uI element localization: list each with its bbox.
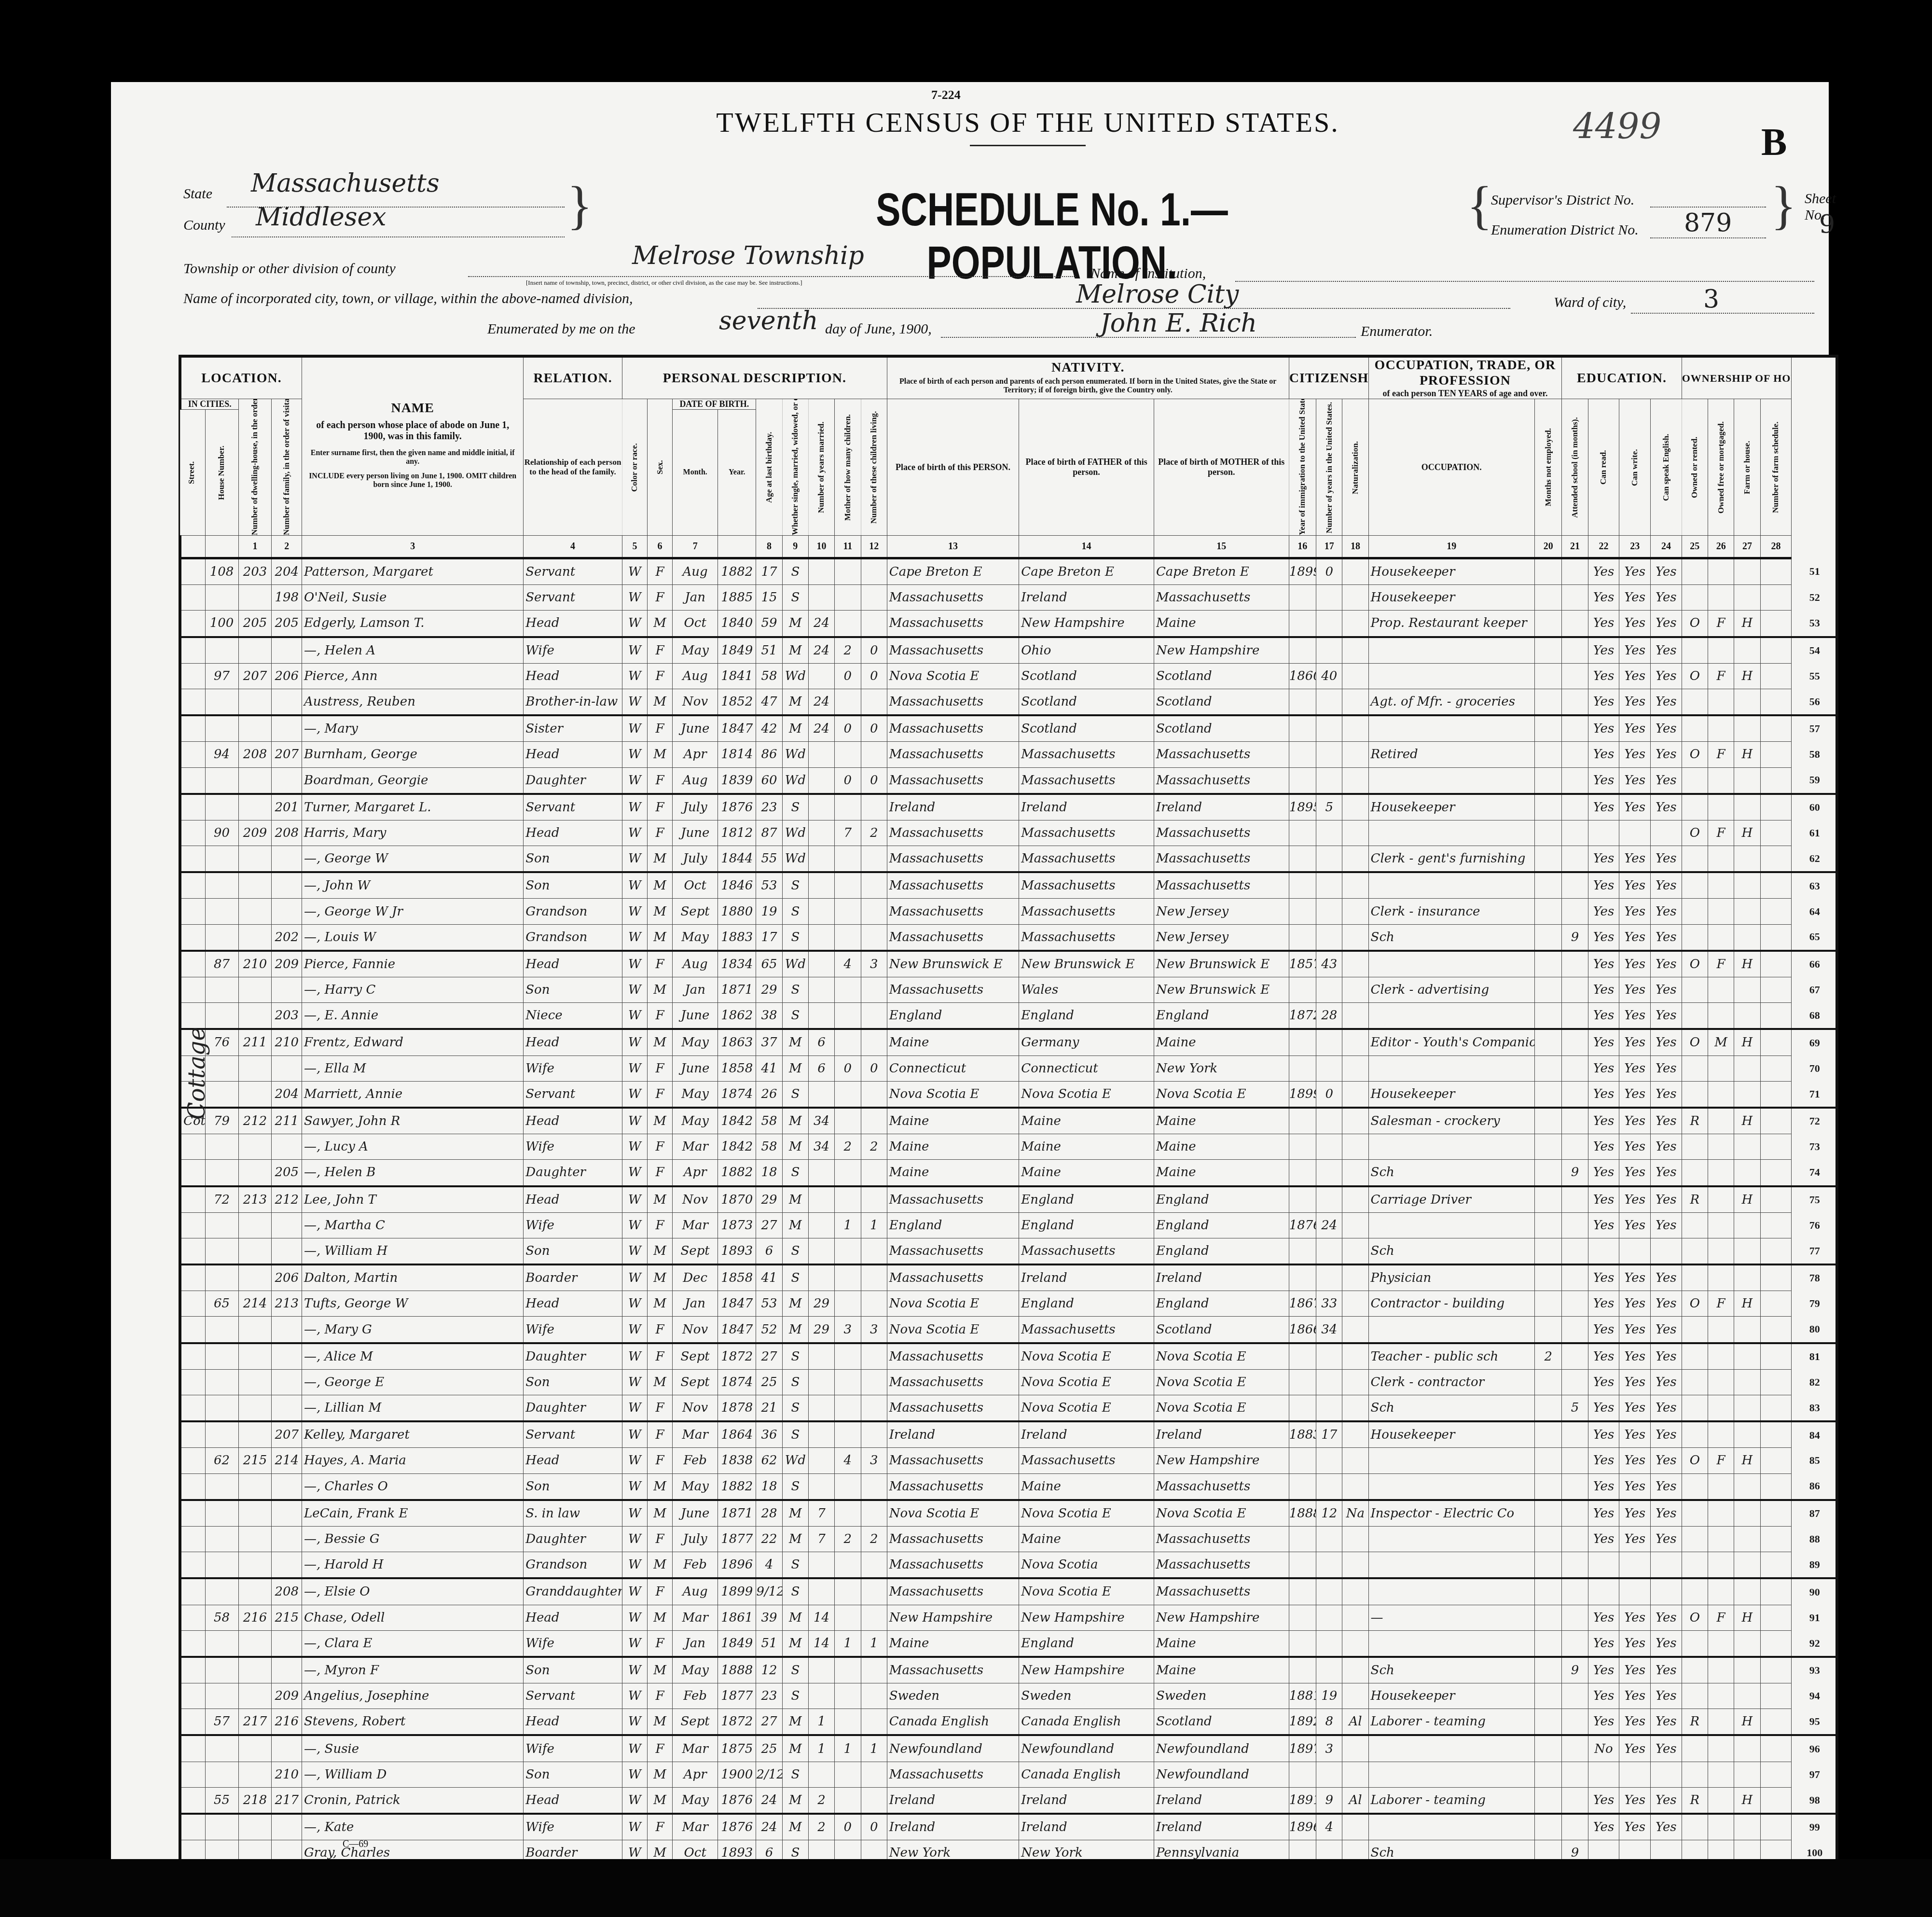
cell-sex: F [648,1003,673,1029]
cell-birth-person: Massachusetts [887,1238,1019,1264]
col-color: Color or race. [622,399,647,536]
cell-dwelling [238,1683,272,1709]
cell-farm-house [1734,1160,1760,1186]
cell-marital: M [782,1526,808,1552]
cell-free-mortgaged [1708,1683,1734,1709]
cell-color: W [622,1787,647,1814]
cell-immigration: 1892 [1289,1709,1316,1736]
cell-birth-mother: Maine [1154,1630,1289,1657]
cell-english [1651,820,1682,846]
cell-relation: Head [524,663,622,689]
cell-marital: S [782,585,808,611]
cell-relation: Head [524,1291,622,1317]
cell-farm-house: H [1734,1605,1760,1630]
cell-months-unemployed [1535,585,1562,611]
cell-name: Edgerly, Lamson T. [302,611,524,637]
column-number: 23 [1619,536,1651,558]
cell-year: 1812 [718,820,756,846]
cell-occupation [1368,1735,1534,1762]
cell-year: 1872 [718,1709,756,1736]
cell-birth-father: Scotland [1019,663,1154,689]
cell-month: Nov [673,1186,718,1213]
cell-english: Yes [1651,899,1682,924]
cell-age: 36 [756,1421,782,1448]
cell-english: Yes [1651,794,1682,820]
cell-family [272,872,302,899]
cell-relation: Daughter [524,1526,622,1552]
cell-age: 60 [756,767,782,794]
cell-years-married [808,1212,834,1238]
cell-school [1562,1238,1588,1264]
line-number: 58 [1792,742,1837,767]
cell-relation: Boarder [524,1264,622,1291]
cell-sex: F [648,1081,673,1108]
cell-months-unemployed [1535,820,1562,846]
cell-dwelling [238,1317,272,1343]
cell-living [861,1369,887,1395]
occupation-group-header: OCCUPATION, TRADE, OR PROFESSION of each… [1368,356,1562,399]
cell-birth-father: Massachusetts [1019,846,1154,873]
cell-months-unemployed [1535,1395,1562,1422]
cell-write: Yes [1619,767,1651,794]
cell-relation: Head [524,1787,622,1814]
cell-free-mortgaged [1708,1056,1734,1081]
cell-naturalization [1342,1081,1368,1108]
cell-years-us: 33 [1316,1291,1342,1317]
enumeration-district-value: 879 [1684,208,1732,237]
cell-marital: S [782,1343,808,1370]
cell-immigration: 1897 [1289,1735,1316,1762]
cell-color: W [622,951,647,977]
cell-owned-rented [1682,1421,1708,1448]
cell-write: Yes [1619,1448,1651,1473]
cell-read: Yes [1588,689,1619,715]
cell-sex: M [648,1762,673,1787]
cell-owned-rented [1682,846,1708,873]
cell-marital: M [782,1029,808,1056]
cell-birth-father: England [1019,1212,1154,1238]
cell-english: Yes [1651,846,1682,873]
cell-birth-mother: New Brunswick E [1154,951,1289,977]
cell-month: Jan [673,1291,718,1317]
cell-write: Yes [1619,1160,1651,1186]
cell-occupation [1368,1212,1534,1238]
cell-school [1562,715,1588,742]
line-number: 61 [1792,820,1837,846]
cell-school [1562,846,1588,873]
cell-owned-rented: R [1682,1186,1708,1213]
cell-sex: F [648,1134,673,1160]
cell-naturalization [1342,1317,1368,1343]
table-row: —, George WSonWMJuly184455WdMassachusett… [180,846,1837,873]
cell-mother-of [835,1291,861,1317]
cell-birth-person: Massachusetts [887,820,1019,846]
cell-birth-mother: Scotland [1154,715,1289,742]
cell-owned-rented [1682,1814,1708,1840]
enumerated-prefix: Enumerated by me on the [487,321,635,337]
table-row: —, Lucy AWifeWFMar184258M3422MaineMaineM… [180,1134,1837,1160]
cell-free-mortgaged [1708,846,1734,873]
table-row: 57217216Stevens, RobertHeadWMSept187227M… [180,1709,1837,1736]
cell-farm-schedule [1760,1369,1792,1395]
cell-street [180,1003,205,1029]
cell-living: 1 [861,1630,887,1657]
cell-family: 205 [272,1160,302,1186]
cell-name: —, Charles O [302,1473,524,1500]
cell-farm-schedule [1760,1395,1792,1422]
cell-english: Yes [1651,611,1682,637]
cell-mother-of [835,689,861,715]
cell-farm-schedule [1760,951,1792,977]
cell-birth-person: Ireland [887,1421,1019,1448]
cell-farm-house [1734,1134,1760,1160]
cell-occupation [1368,951,1534,977]
cell-months-unemployed [1535,742,1562,767]
cell-month: Oct [673,872,718,899]
cell-name: —, Susie [302,1735,524,1762]
cell-family: 205 [272,611,302,637]
cell-immigration [1289,1395,1316,1422]
table-row: —, Harold HGrandsonWMFeb18964SMassachuse… [180,1552,1837,1579]
cell-free-mortgaged [1708,767,1734,794]
cell-months-unemployed [1535,977,1562,1003]
cell-marital: M [782,715,808,742]
cell-write: Yes [1619,1395,1651,1422]
cell-color: W [622,1552,647,1579]
cell-free-mortgaged [1708,1762,1734,1787]
cell-years-us: 43 [1316,951,1342,977]
cell-mother-of [835,585,861,611]
cell-farm-house [1734,1526,1760,1552]
cell-years-us [1316,767,1342,794]
cell-mother-of: 0 [835,715,861,742]
cell-owned-rented [1682,715,1708,742]
cell-name: Frentz, Edward [302,1029,524,1056]
cell-living [861,1160,887,1186]
cell-month: Mar [673,1735,718,1762]
cell-house [205,767,238,794]
cell-family: 212 [272,1186,302,1213]
cell-read [1588,820,1619,846]
cell-dwelling [238,1630,272,1657]
cell-sex: F [648,1317,673,1343]
cell-years-married [808,872,834,899]
cell-occupation: Sch [1368,1160,1534,1186]
cell-month: Jan [673,977,718,1003]
cell-name: Austress, Reuben [302,689,524,715]
cell-mother-of [835,1108,861,1134]
cell-month: Feb [673,1683,718,1709]
cell-birth-mother: Nova Scotia E [1154,1081,1289,1108]
cell-years-married [808,663,834,689]
cell-free-mortgaged [1708,1552,1734,1579]
cell-name: —, Lillian M [302,1395,524,1422]
cell-color: W [622,1762,647,1787]
cell-months-unemployed [1535,715,1562,742]
column-number: 3 [302,536,524,558]
cell-color: W [622,1709,647,1736]
cell-birth-father: Massachusetts [1019,924,1154,951]
line-number: 99 [1792,1814,1837,1840]
cell-farm-schedule [1760,924,1792,951]
cell-birth-father: Ireland [1019,1264,1154,1291]
cell-mother-of [835,1369,861,1395]
cell-house: 100 [205,611,238,637]
cell-years-us [1316,1448,1342,1473]
cell-relation: Head [524,1029,622,1056]
line-number: 63 [1792,872,1837,899]
cell-relation: S. in law [524,1500,622,1527]
cell-relation: Grandson [524,924,622,951]
cell-farm-schedule [1760,1003,1792,1029]
cell-years-us [1316,1473,1342,1500]
col-months-unemployed: Months not employed. [1535,399,1562,536]
cell-marital: M [782,1186,808,1213]
cell-house: 90 [205,820,238,846]
cell-owned-rented [1682,558,1708,585]
cell-marital: Wd [782,820,808,846]
cell-color: W [622,1526,647,1552]
cell-marital: S [782,1762,808,1787]
cell-street [180,1787,205,1814]
cell-school [1562,1473,1588,1500]
name-group-title: NAME [302,401,523,416]
cell-year: 1862 [718,1003,756,1029]
table-row: —, Martha CWifeWFMar187327M11EnglandEngl… [180,1212,1837,1238]
line-number: 53 [1792,611,1837,637]
cell-school [1562,1029,1588,1056]
sheet-letter: B [1761,121,1787,165]
cell-mother-of [835,1787,861,1814]
cell-house [205,1317,238,1343]
cell-relation: Head [524,742,622,767]
cell-month: Aug [673,663,718,689]
education-group-header: EDUCATION. [1562,356,1682,399]
cell-years-married [808,1762,834,1787]
column-number [718,536,756,558]
cell-color: W [622,1369,647,1395]
cell-color: W [622,663,647,689]
cell-immigration [1289,1578,1316,1605]
cell-farm-schedule [1760,1291,1792,1317]
cell-color: W [622,1448,647,1473]
cell-english: Yes [1651,1108,1682,1134]
cell-birth-father: Maine [1019,1108,1154,1134]
cell-sex: F [648,1735,673,1762]
cell-birth-father: Cape Breton E [1019,558,1154,585]
table-row: 210—, William DSonWMApr19002/12SMassachu… [180,1762,1837,1787]
cell-english: Yes [1651,1814,1682,1840]
cell-color: W [622,1029,647,1056]
cell-immigration [1289,1448,1316,1473]
cell-street [180,611,205,637]
cell-years-us [1316,1238,1342,1264]
cell-year: 1870 [718,1186,756,1213]
cell-school [1562,1317,1588,1343]
cell-mother-of [835,611,861,637]
cell-months-unemployed [1535,767,1562,794]
cell-marital: M [782,1291,808,1317]
cell-occupation [1368,872,1534,899]
cell-free-mortgaged [1708,1395,1734,1422]
cell-years-us [1316,1578,1342,1605]
cell-living: 0 [861,1056,887,1081]
cell-marital: M [782,689,808,715]
cell-write [1619,820,1651,846]
cell-family [272,1735,302,1762]
cell-farm-schedule [1760,1709,1792,1736]
cell-dwelling: 209 [238,820,272,846]
cell-sex: F [648,1395,673,1422]
cell-street [180,1630,205,1657]
cell-relation: Son [524,1369,622,1395]
cell-month: June [673,715,718,742]
cell-months-unemployed [1535,924,1562,951]
cell-immigration [1289,1630,1316,1657]
cell-months-unemployed [1535,1683,1562,1709]
township-label: Township or other division of county [183,261,396,277]
line-number: 71 [1792,1081,1837,1108]
cell-write: Yes [1619,1212,1651,1238]
cell-birth-father: Massachusetts [1019,742,1154,767]
cell-years-us [1316,1264,1342,1291]
cell-street [180,1762,205,1787]
cell-school [1562,977,1588,1003]
cell-family [272,1134,302,1160]
cell-relation: Wife [524,637,622,664]
cell-marital: S [782,1081,808,1108]
col-sex: Sex. [648,399,673,536]
cell-living [861,1657,887,1683]
cell-family [272,1552,302,1579]
cell-read: Yes [1588,1343,1619,1370]
cell-house [205,1762,238,1787]
cell-age: 26 [756,1081,782,1108]
cell-living [861,1108,887,1134]
cell-mother-of [835,1186,861,1213]
cell-age: 58 [756,663,782,689]
cell-age: 21 [756,1395,782,1422]
cell-farm-house [1734,1683,1760,1709]
cell-color: W [622,1343,647,1370]
cell-month: Jan [673,585,718,611]
cell-years-married [808,899,834,924]
cell-relation: Wife [524,1056,622,1081]
cell-color: W [622,1291,647,1317]
cell-mother-of [835,1264,861,1291]
cell-years-us: 0 [1316,1081,1342,1108]
line-number: 56 [1792,689,1837,715]
line-number: 81 [1792,1343,1837,1370]
scan-border [0,1859,1932,1917]
cell-farm-schedule [1760,585,1792,611]
cell-years-us [1316,1369,1342,1395]
col-can-speak-english: Can speak English. [1651,399,1682,536]
cell-years-us [1316,689,1342,715]
cell-sex: M [648,1657,673,1683]
cell-year: 1899 [718,1578,756,1605]
cell-mother-of [835,872,861,899]
cell-age: 58 [756,1108,782,1134]
cell-years-married [808,820,834,846]
cell-years-married: 14 [808,1605,834,1630]
cell-years-us [1316,1552,1342,1579]
cell-relation: Brother-in-law [524,689,622,715]
line-number: 90 [1792,1578,1837,1605]
cell-read: Yes [1588,977,1619,1003]
cell-birth-father: Ireland [1019,585,1154,611]
cell-farm-schedule [1760,1212,1792,1238]
cell-sex: M [648,611,673,637]
line-number: 96 [1792,1735,1837,1762]
cell-month: Aug [673,951,718,977]
cell-occupation: Clerk - gent's furnishing [1368,846,1534,873]
cell-relation: Head [524,611,622,637]
cell-months-unemployed [1535,689,1562,715]
cell-write: Yes [1619,585,1651,611]
cell-street [180,585,205,611]
cell-immigration: 1888 [1289,1500,1316,1527]
table-row: —, Bessie GDaughterWFJuly187722M722Massa… [180,1526,1837,1552]
line-number: 69 [1792,1029,1837,1056]
cell-sex: F [648,558,673,585]
cell-occupation [1368,1762,1534,1787]
cell-street [180,846,205,873]
cell-dwelling [238,1578,272,1605]
cell-birth-person: Nova Scotia E [887,1081,1019,1108]
cell-family [272,1238,302,1264]
citizenship-group-header: CITIZENSHIP. [1289,356,1368,399]
cell-marital: M [782,1814,808,1840]
cell-farm-house [1734,637,1760,664]
cell-birth-person: Sweden [887,1683,1019,1709]
cell-living [861,1238,887,1264]
cell-immigration [1289,1343,1316,1370]
cell-relation: Niece [524,1003,622,1029]
cell-birth-mother: New Jersey [1154,924,1289,951]
cell-free-mortgaged [1708,1343,1734,1370]
cell-street [180,924,205,951]
cell-farm-house [1734,1369,1760,1395]
cell-immigration: 1857 [1289,951,1316,977]
cell-farm-schedule [1760,1657,1792,1683]
cell-read: Yes [1588,846,1619,873]
cell-years-us [1316,820,1342,846]
table-row: —, Clara EWifeWFJan184951M1411MaineEngla… [180,1630,1837,1657]
cell-dwelling [238,767,272,794]
cell-color: W [622,1238,647,1264]
cell-read: Yes [1588,611,1619,637]
cell-farm-house: H [1734,820,1760,846]
cell-read: Yes [1588,1500,1619,1527]
cell-family: 204 [272,558,302,585]
cell-age: 22 [756,1526,782,1552]
cell-dwelling [238,1526,272,1552]
cell-birth-father: Connecticut [1019,1056,1154,1081]
cell-write: Yes [1619,1709,1651,1736]
cell-read: Yes [1588,663,1619,689]
line-number: 51 [1792,558,1837,585]
cell-family: 210 [272,1762,302,1787]
relation-description: Relationship of each person to the head … [524,399,622,536]
cell-read: Yes [1588,951,1619,977]
cell-age: 38 [756,1003,782,1029]
cell-months-unemployed [1535,1578,1562,1605]
cell-farm-schedule [1760,872,1792,899]
cell-sex: F [648,1526,673,1552]
cell-color: W [622,1473,647,1500]
cell-sex: M [648,1552,673,1579]
